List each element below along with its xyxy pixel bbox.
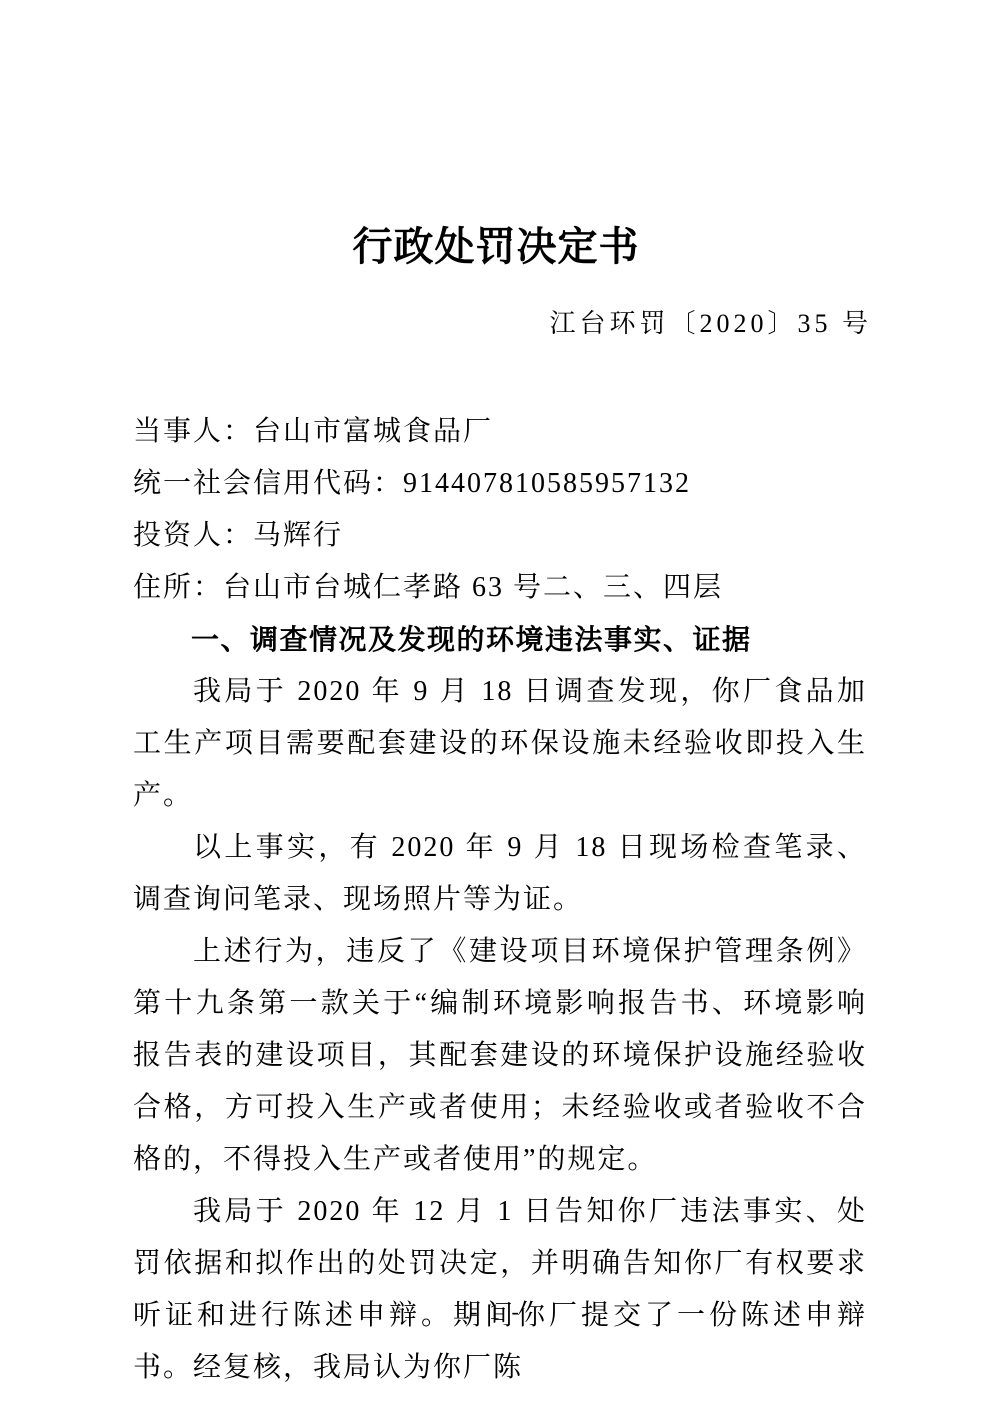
investor-line: 投资人：马辉行 bbox=[133, 510, 867, 562]
address-line: 住所：台山市台城仁孝路 63 号二、三、四层 bbox=[133, 562, 867, 614]
paragraph-findings: 我局于 2020 年 9 月 18 日调查发现，你厂食品加工生产项目需要配套建设… bbox=[133, 666, 867, 822]
page-number: - 1 - bbox=[0, 1296, 992, 1328]
paragraph-notification: 我局于 2020 年 12 月 1 日告知你厂违法事实、处罚依据和拟作出的处罚决… bbox=[133, 1186, 867, 1394]
document-page: 行政处罚决定书 江台环罚〔2020〕35 号 当事人：台山市富城食品厂 统一社会… bbox=[0, 0, 992, 1403]
paragraph-violation: 上述行为，违反了《建设项目环境保护管理条例》第十九条第一款关于“编制环境影响报告… bbox=[133, 926, 867, 1186]
credit-code-line: 统一社会信用代码：914407810585957132 bbox=[133, 458, 867, 510]
document-body: 当事人：台山市富城食品厂 统一社会信用代码：914407810585957132… bbox=[133, 406, 867, 1394]
document-title: 行政处罚决定书 bbox=[0, 222, 992, 272]
section-heading-investigation: 一、调查情况及发现的环境违法事实、证据 bbox=[133, 614, 867, 666]
party-name-line: 当事人：台山市富城食品厂 bbox=[133, 406, 867, 458]
paragraph-evidence: 以上事实，有 2020 年 9 月 18 日现场检查笔录、调查询问笔录、现场照片… bbox=[133, 822, 867, 926]
document-number: 江台环罚〔2020〕35 号 bbox=[549, 306, 872, 342]
